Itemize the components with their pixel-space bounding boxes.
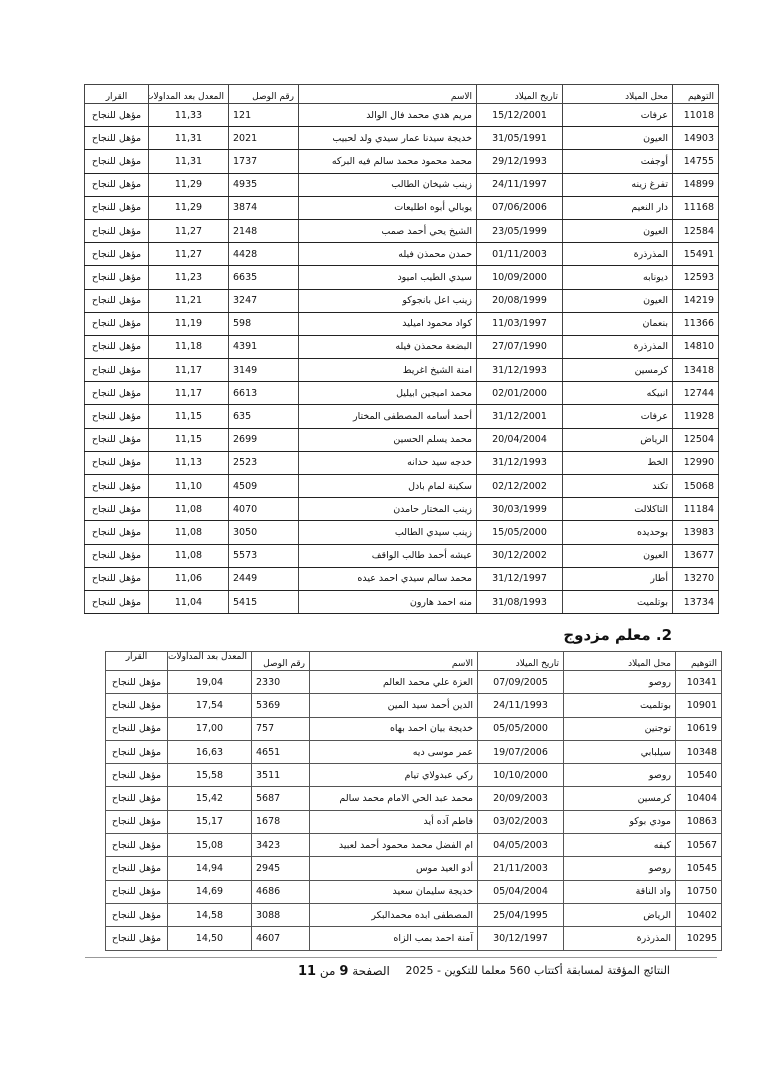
cell-receipt: 635 <box>229 405 299 428</box>
cell-date: 05/04/2004 <box>478 880 564 903</box>
table-row: 12504الرياض20/04/2004محمد يسلم الحسين269… <box>85 428 719 451</box>
cell-date: 24/11/1993 <box>478 694 564 717</box>
cell-name: عمر موسى ديه <box>310 740 478 763</box>
cell-decision: مؤهل للنجاح <box>106 810 168 833</box>
cell-place: بوتلميت <box>564 694 676 717</box>
cell-num: 12990 <box>673 451 719 474</box>
cell-decision: مؤهل للنجاح <box>106 671 168 694</box>
cell-num: 11928 <box>673 405 719 428</box>
cell-name: ركي عبدولاي تيام <box>310 764 478 787</box>
table-row: 15491المذرذرة01/11/2003حمدن محمذن فيله44… <box>85 243 719 266</box>
cell-decision: مؤهل للنجاح <box>85 590 149 613</box>
page-of: من <box>320 964 336 978</box>
cell-num: 10402 <box>676 903 722 926</box>
cell-receipt: 2699 <box>229 428 299 451</box>
cell-receipt: 598 <box>229 312 299 335</box>
table-row: 15068تكند02/12/2002سكينة لمام بادل450911… <box>85 475 719 498</box>
cell-avg: 11,08 <box>149 521 229 544</box>
cell-num: 13677 <box>673 544 719 567</box>
cell-avg: 15,08 <box>168 834 252 857</box>
cell-place: العيون <box>563 544 673 567</box>
cell-name: عيشه أحمد طالب الواقف <box>299 544 477 567</box>
cell-place: المذرذرة <box>563 243 673 266</box>
cell-decision: مؤهل للنجاح <box>106 927 168 950</box>
cell-receipt: 4428 <box>229 243 299 266</box>
table-row: 10404كرمسين20/09/2003محمد عبد الحي الاما… <box>106 787 722 810</box>
cell-decision: مؤهل للنجاح <box>85 173 149 196</box>
cell-date: 15/05/2000 <box>477 521 563 544</box>
cell-decision: مؤهل للنجاح <box>85 567 149 590</box>
cell-receipt: 2449 <box>229 567 299 590</box>
cell-name: يوبالي أبوه اطليعات <box>299 196 477 219</box>
header-date: تاريخ الميلاد <box>477 85 563 104</box>
cell-place: الرياض <box>563 428 673 451</box>
table-row: 10341روصو07/09/2005العزة علي محمد العالم… <box>106 671 722 694</box>
header-place: محل الميلاد <box>563 85 673 104</box>
table-row: 10295المذرذرة30/12/1997آمنة احمد بمب الز… <box>106 927 722 950</box>
cell-date: 31/12/2001 <box>477 405 563 428</box>
cell-date: 30/03/1999 <box>477 498 563 521</box>
cell-date: 24/11/1997 <box>477 173 563 196</box>
cell-decision: مؤهل للنجاح <box>85 196 149 219</box>
cell-date: 21/11/2003 <box>478 857 564 880</box>
cell-decision: مؤهل للنجاح <box>106 903 168 926</box>
cell-avg: 11,31 <box>149 150 229 173</box>
cell-avg: 14,94 <box>168 857 252 880</box>
page-current: 9 <box>339 964 348 979</box>
table-row: 10402الرياض25/04/1995المصطفى ابده محمدال… <box>106 903 722 926</box>
cell-name: آمنة احمد بمب الزاه <box>310 927 478 950</box>
results-table-2: التوهيم محل الميلاد تاريخ الميلاد الاسم … <box>105 651 722 951</box>
cell-decision: مؤهل للنجاح <box>85 475 149 498</box>
cell-receipt: 5687 <box>252 787 310 810</box>
cell-date: 10/10/2000 <box>478 764 564 787</box>
cell-place: ديونابه <box>563 266 673 289</box>
cell-name: كواد محمود اميليد <box>299 312 477 335</box>
cell-name: محمد محمود محمد سالم فيه البركه <box>299 150 477 173</box>
cell-name: منه احمد هارون <box>299 590 477 613</box>
table-row: 14903العيون31/05/1991خديجة سيدنا عمار سي… <box>85 127 719 150</box>
header-num: التوهيم <box>673 85 719 104</box>
cell-name: الدين أحمد سيد المين <box>310 694 478 717</box>
cell-date: 07/06/2006 <box>477 196 563 219</box>
cell-receipt: 3423 <box>252 834 310 857</box>
page-indicator: الصفحة 9 من 11 <box>298 964 390 979</box>
section-title: 2. معلم مزدوج <box>563 626 672 644</box>
cell-name: زينب سيدي الطالب <box>299 521 477 544</box>
cell-receipt: 3149 <box>229 359 299 382</box>
cell-place: روصو <box>564 671 676 694</box>
cell-num: 10540 <box>676 764 722 787</box>
cell-name: محمد سالم سيدي احمد عيده <box>299 567 477 590</box>
header-decision: القرار <box>85 85 149 104</box>
header-num: التوهيم <box>676 652 722 671</box>
cell-date: 15/12/2001 <box>477 104 563 127</box>
cell-decision: مؤهل للنجاح <box>106 787 168 810</box>
cell-avg: 14,69 <box>168 880 252 903</box>
cell-date: 23/05/1999 <box>477 219 563 242</box>
cell-date: 20/09/2003 <box>478 787 564 810</box>
cell-decision: مؤهل للنجاح <box>85 498 149 521</box>
cell-name: أحمد أسامه المصطفى المختار <box>299 405 477 428</box>
table-row: 10348سيلبابي19/07/2006عمر موسى ديه465116… <box>106 740 722 763</box>
cell-decision: مؤهل للنجاح <box>106 834 168 857</box>
cell-place: بوحديده <box>563 521 673 544</box>
cell-name: أدو العيد موس <box>310 857 478 880</box>
header-date: تاريخ الميلاد <box>478 652 564 671</box>
table-row: 13734بوتلميت31/08/1993منه احمد هارون5415… <box>85 590 719 613</box>
cell-decision: مؤهل للنجاح <box>106 880 168 903</box>
table-row: 14219العيون20/08/1999زينب اعل بانجوكو324… <box>85 289 719 312</box>
cell-avg: 11,31 <box>149 127 229 150</box>
table-row: 11366بنعمان11/03/1997كواد محمود اميليد59… <box>85 312 719 335</box>
cell-num: 14903 <box>673 127 719 150</box>
cell-decision: مؤهل للنجاح <box>106 694 168 717</box>
cell-date: 31/08/1993 <box>477 590 563 613</box>
cell-decision: مؤهل للنجاح <box>85 127 149 150</box>
cell-place: المذرذرة <box>563 335 673 358</box>
cell-num: 11366 <box>673 312 719 335</box>
cell-receipt: 1737 <box>229 150 299 173</box>
header-receipt: رقم الوصل <box>229 85 299 104</box>
cell-avg: 19,04 <box>168 671 252 694</box>
cell-name: زينب شيخان الطالب <box>299 173 477 196</box>
cell-avg: 11,27 <box>149 219 229 242</box>
header-name: الاسم <box>299 85 477 104</box>
cell-receipt: 2945 <box>252 857 310 880</box>
cell-decision: مؤهل للنجاح <box>85 219 149 242</box>
cell-num: 14810 <box>673 335 719 358</box>
cell-name: محمد اميجين ابيليل <box>299 382 477 405</box>
cell-avg: 15,42 <box>168 787 252 810</box>
cell-name: ام الفضل محمد محمود أحمد لعبيد <box>310 834 478 857</box>
cell-receipt: 2021 <box>229 127 299 150</box>
cell-num: 13983 <box>673 521 719 544</box>
cell-decision: مؤهل للنجاح <box>85 382 149 405</box>
cell-avg: 11,19 <box>149 312 229 335</box>
table-row: 13270أطار31/12/1997محمد سالم سيدي احمد ع… <box>85 567 719 590</box>
cell-avg: 11,27 <box>149 243 229 266</box>
cell-place: توجنين <box>564 717 676 740</box>
cell-num: 10567 <box>676 834 722 857</box>
table-row: 10901بوتلميت24/11/1993الدين أحمد سيد الم… <box>106 694 722 717</box>
cell-avg: 16,63 <box>168 740 252 763</box>
cell-num: 10863 <box>676 810 722 833</box>
cell-place: المذرذرة <box>564 927 676 950</box>
cell-receipt: 2148 <box>229 219 299 242</box>
cell-receipt: 121 <box>229 104 299 127</box>
cell-num: 10901 <box>676 694 722 717</box>
page-total: 11 <box>298 964 316 979</box>
table-row: 14755أوجفت29/12/1993محمد محمود محمد سالم… <box>85 150 719 173</box>
results-table-1: التوهيم محل الميلاد تاريخ الميلاد الاسم … <box>84 84 719 614</box>
cell-date: 10/09/2000 <box>477 266 563 289</box>
cell-place: كرمسين <box>564 787 676 810</box>
cell-date: 30/12/1997 <box>478 927 564 950</box>
cell-avg: 17,00 <box>168 717 252 740</box>
cell-receipt: 4509 <box>229 475 299 498</box>
cell-name: خدجه سيد حدانه <box>299 451 477 474</box>
cell-num: 12584 <box>673 219 719 242</box>
cell-avg: 11,17 <box>149 382 229 405</box>
cell-date: 31/12/1993 <box>477 451 563 474</box>
table-2-body: 10341روصو07/09/2005العزة علي محمد العالم… <box>106 671 722 951</box>
table-row: 14899تفرغ زينه24/11/1997زينب شيخان الطال… <box>85 173 719 196</box>
cell-place: روصو <box>564 764 676 787</box>
cell-date: 29/12/1993 <box>477 150 563 173</box>
cell-num: 14755 <box>673 150 719 173</box>
cell-decision: مؤهل للنجاح <box>85 312 149 335</box>
cell-num: 10545 <box>676 857 722 880</box>
table-1-body: 11018عرفات15/12/2001مريم هدي محمد فال ال… <box>85 104 719 614</box>
cell-place: تفرغ زينه <box>563 173 673 196</box>
cell-name: سيدي الطيب اميود <box>299 266 477 289</box>
cell-receipt: 2330 <box>252 671 310 694</box>
cell-receipt: 4935 <box>229 173 299 196</box>
cell-decision: مؤهل للنجاح <box>85 521 149 544</box>
cell-decision: مؤهل للنجاح <box>85 289 149 312</box>
cell-num: 10341 <box>676 671 722 694</box>
cell-num: 12504 <box>673 428 719 451</box>
cell-num: 10750 <box>676 880 722 903</box>
cell-decision: مؤهل للنجاح <box>106 717 168 740</box>
cell-num: 10295 <box>676 927 722 950</box>
cell-decision: مؤهل للنجاح <box>85 150 149 173</box>
cell-receipt: 4070 <box>229 498 299 521</box>
cell-avg: 17,54 <box>168 694 252 717</box>
cell-num: 13270 <box>673 567 719 590</box>
cell-name: حمدن محمذن فيله <box>299 243 477 266</box>
cell-decision: مؤهل للنجاح <box>85 359 149 382</box>
cell-place: مودي بوكو <box>564 810 676 833</box>
cell-date: 31/12/1997 <box>477 567 563 590</box>
cell-avg: 11,29 <box>149 173 229 196</box>
table-row: 11184التاكلالت30/03/1999زينب المختار حام… <box>85 498 719 521</box>
cell-num: 13734 <box>673 590 719 613</box>
cell-num: 11168 <box>673 196 719 219</box>
cell-num: 11018 <box>673 104 719 127</box>
table-row: 12990الخط31/12/1993خدجه سيد حدانه252311,… <box>85 451 719 474</box>
cell-decision: مؤهل للنجاح <box>85 544 149 567</box>
cell-place: واد الناقة <box>564 880 676 903</box>
header-receipt: رقم الوصل <box>252 652 310 671</box>
cell-receipt: 2523 <box>229 451 299 474</box>
cell-decision: مؤهل للنجاح <box>85 104 149 127</box>
cell-avg: 11,06 <box>149 567 229 590</box>
cell-num: 12744 <box>673 382 719 405</box>
cell-num: 12593 <box>673 266 719 289</box>
table-row: 12593ديونابه10/09/2000سيدي الطيب اميود66… <box>85 266 719 289</box>
cell-place: انبيكه <box>563 382 673 405</box>
cell-name: امنة الشيخ اغريط <box>299 359 477 382</box>
header-name: الاسم <box>310 652 478 671</box>
cell-receipt: 5369 <box>252 694 310 717</box>
cell-receipt: 4686 <box>252 880 310 903</box>
table-row: 13418كرمسين31/12/1993امنة الشيخ اغريط314… <box>85 359 719 382</box>
cell-place: التاكلالت <box>563 498 673 521</box>
table-row: 12584العيون23/05/1999الشيخ يحي أحمد صمب2… <box>85 219 719 242</box>
cell-name: فاطم آده أيد <box>310 810 478 833</box>
cell-decision: مؤهل للنجاح <box>85 243 149 266</box>
cell-receipt: 3088 <box>252 903 310 926</box>
cell-name: العزة علي محمد العالم <box>310 671 478 694</box>
cell-place: الرياض <box>564 903 676 926</box>
cell-date: 20/08/1999 <box>477 289 563 312</box>
cell-name: الشيخ يحي أحمد صمب <box>299 219 477 242</box>
footer-title: النتائج المؤقتة لمسابقة أكتتاب 560 معلما… <box>405 964 670 977</box>
header-avg: المعدل بعد المداولات <box>149 85 229 104</box>
footer-divider <box>85 957 717 958</box>
cell-date: 31/12/1993 <box>477 359 563 382</box>
cell-decision: مؤهل للنجاح <box>85 451 149 474</box>
cell-date: 02/12/2002 <box>477 475 563 498</box>
cell-num: 15491 <box>673 243 719 266</box>
cell-avg: 11,15 <box>149 428 229 451</box>
cell-place: كيفه <box>564 834 676 857</box>
header-place: محل الميلاد <box>564 652 676 671</box>
cell-date: 25/04/1995 <box>478 903 564 926</box>
cell-name: خديجة بيان احمد بهاه <box>310 717 478 740</box>
cell-place: سيلبابي <box>564 740 676 763</box>
cell-receipt: 1678 <box>252 810 310 833</box>
cell-place: تكند <box>563 475 673 498</box>
cell-receipt: 4391 <box>229 335 299 358</box>
cell-date: 19/07/2006 <box>478 740 564 763</box>
cell-avg: 11,33 <box>149 104 229 127</box>
cell-receipt: 5415 <box>229 590 299 613</box>
cell-receipt: 4651 <box>252 740 310 763</box>
cell-name: خديجة سليمان سعيد <box>310 880 478 903</box>
cell-avg: 15,58 <box>168 764 252 787</box>
cell-decision: مؤهل للنجاح <box>85 428 149 451</box>
cell-num: 14899 <box>673 173 719 196</box>
table-row: 13983بوحديده15/05/2000زينب سيدي الطالب30… <box>85 521 719 544</box>
cell-avg: 11,23 <box>149 266 229 289</box>
cell-place: عرفات <box>563 405 673 428</box>
cell-receipt: 4607 <box>252 927 310 950</box>
cell-receipt: 3874 <box>229 196 299 219</box>
cell-receipt: 757 <box>252 717 310 740</box>
cell-date: 07/09/2005 <box>478 671 564 694</box>
cell-receipt: 6613 <box>229 382 299 405</box>
cell-decision: مؤهل للنجاح <box>85 405 149 428</box>
table-row: 10545روصو21/11/2003أدو العيد موس294514,9… <box>106 857 722 880</box>
table-row: 10863مودي بوكو03/02/2003فاطم آده أيد1678… <box>106 810 722 833</box>
table-header-row: التوهيم محل الميلاد تاريخ الميلاد الاسم … <box>85 85 719 104</box>
cell-date: 30/12/2002 <box>477 544 563 567</box>
cell-avg: 11,10 <box>149 475 229 498</box>
cell-name: محمد يسلم الحسين <box>299 428 477 451</box>
table-row: 10750واد الناقة05/04/2004خديجة سليمان سع… <box>106 880 722 903</box>
table-row: 10540روصو10/10/2000ركي عبدولاي تيام35111… <box>106 764 722 787</box>
cell-date: 03/02/2003 <box>478 810 564 833</box>
cell-avg: 14,58 <box>168 903 252 926</box>
cell-date: 31/05/1991 <box>477 127 563 150</box>
cell-place: كرمسين <box>563 359 673 382</box>
table-row: 11168دار النعيم07/06/2006يوبالي أبوه اطل… <box>85 196 719 219</box>
cell-place: دار النعيم <box>563 196 673 219</box>
cell-avg: 14,50 <box>168 927 252 950</box>
header-decision: القرار <box>106 652 168 671</box>
cell-place: عرفات <box>563 104 673 127</box>
page-label: الصفحة <box>352 964 390 978</box>
cell-name: سكينة لمام بادل <box>299 475 477 498</box>
header-avg: المعدل بعد المداولات <box>168 652 252 671</box>
cell-num: 14219 <box>673 289 719 312</box>
table-row: 10619توجنين05/05/2000خديجة بيان احمد بها… <box>106 717 722 740</box>
cell-name: زينب المختار حامدن <box>299 498 477 521</box>
cell-decision: مؤهل للنجاح <box>85 335 149 358</box>
table-row: 10567كيفه04/05/2003ام الفضل محمد محمود أ… <box>106 834 722 857</box>
cell-date: 05/05/2000 <box>478 717 564 740</box>
cell-avg: 11,15 <box>149 405 229 428</box>
table-row: 11018عرفات15/12/2001مريم هدي محمد فال ال… <box>85 104 719 127</box>
cell-num: 10619 <box>676 717 722 740</box>
cell-num: 10348 <box>676 740 722 763</box>
cell-date: 11/03/1997 <box>477 312 563 335</box>
cell-date: 02/01/2000 <box>477 382 563 405</box>
cell-name: البضعة محمذن فيله <box>299 335 477 358</box>
cell-avg: 11,18 <box>149 335 229 358</box>
cell-avg: 11,08 <box>149 498 229 521</box>
cell-decision: مؤهل للنجاح <box>106 740 168 763</box>
cell-avg: 11,21 <box>149 289 229 312</box>
cell-receipt: 3247 <box>229 289 299 312</box>
cell-name: زينب اعل بانجوكو <box>299 289 477 312</box>
table-row: 13677العيون30/12/2002عيشه أحمد طالب الوا… <box>85 544 719 567</box>
cell-name: خديجة سيدنا عمار سيدي ولد لحبيب <box>299 127 477 150</box>
table-header-row: التوهيم محل الميلاد تاريخ الميلاد الاسم … <box>106 652 722 671</box>
cell-num: 11184 <box>673 498 719 521</box>
cell-place: الخط <box>563 451 673 474</box>
cell-receipt: 5573 <box>229 544 299 567</box>
cell-date: 04/05/2003 <box>478 834 564 857</box>
cell-place: العيون <box>563 219 673 242</box>
cell-date: 27/07/1990 <box>477 335 563 358</box>
cell-receipt: 6635 <box>229 266 299 289</box>
cell-place: أطار <box>563 567 673 590</box>
cell-decision: مؤهل للنجاح <box>106 857 168 880</box>
table-row: 11928عرفات31/12/2001أحمد أسامه المصطفى ا… <box>85 405 719 428</box>
cell-receipt: 3050 <box>229 521 299 544</box>
cell-name: مريم هدي محمد فال الوالد <box>299 104 477 127</box>
cell-place: روصو <box>564 857 676 880</box>
cell-avg: 11,29 <box>149 196 229 219</box>
cell-receipt: 3511 <box>252 764 310 787</box>
cell-avg: 15,17 <box>168 810 252 833</box>
cell-decision: مؤهل للنجاح <box>106 764 168 787</box>
cell-avg: 11,04 <box>149 590 229 613</box>
cell-place: بنعمان <box>563 312 673 335</box>
cell-place: بوتلميت <box>563 590 673 613</box>
cell-avg: 11,13 <box>149 451 229 474</box>
cell-place: العيون <box>563 289 673 312</box>
cell-place: العيون <box>563 127 673 150</box>
cell-name: محمد عبد الحي الامام محمد سالم <box>310 787 478 810</box>
table-row: 12744انبيكه02/01/2000محمد اميجين ابيليل6… <box>85 382 719 405</box>
table-row: 14810المذرذرة27/07/1990البضعة محمذن فيله… <box>85 335 719 358</box>
cell-date: 20/04/2004 <box>477 428 563 451</box>
cell-num: 15068 <box>673 475 719 498</box>
cell-place: أوجفت <box>563 150 673 173</box>
cell-num: 10404 <box>676 787 722 810</box>
cell-decision: مؤهل للنجاح <box>85 266 149 289</box>
cell-date: 01/11/2003 <box>477 243 563 266</box>
cell-name: المصطفى ابده محمدالبكر <box>310 903 478 926</box>
cell-avg: 11,17 <box>149 359 229 382</box>
cell-num: 13418 <box>673 359 719 382</box>
cell-avg: 11,08 <box>149 544 229 567</box>
